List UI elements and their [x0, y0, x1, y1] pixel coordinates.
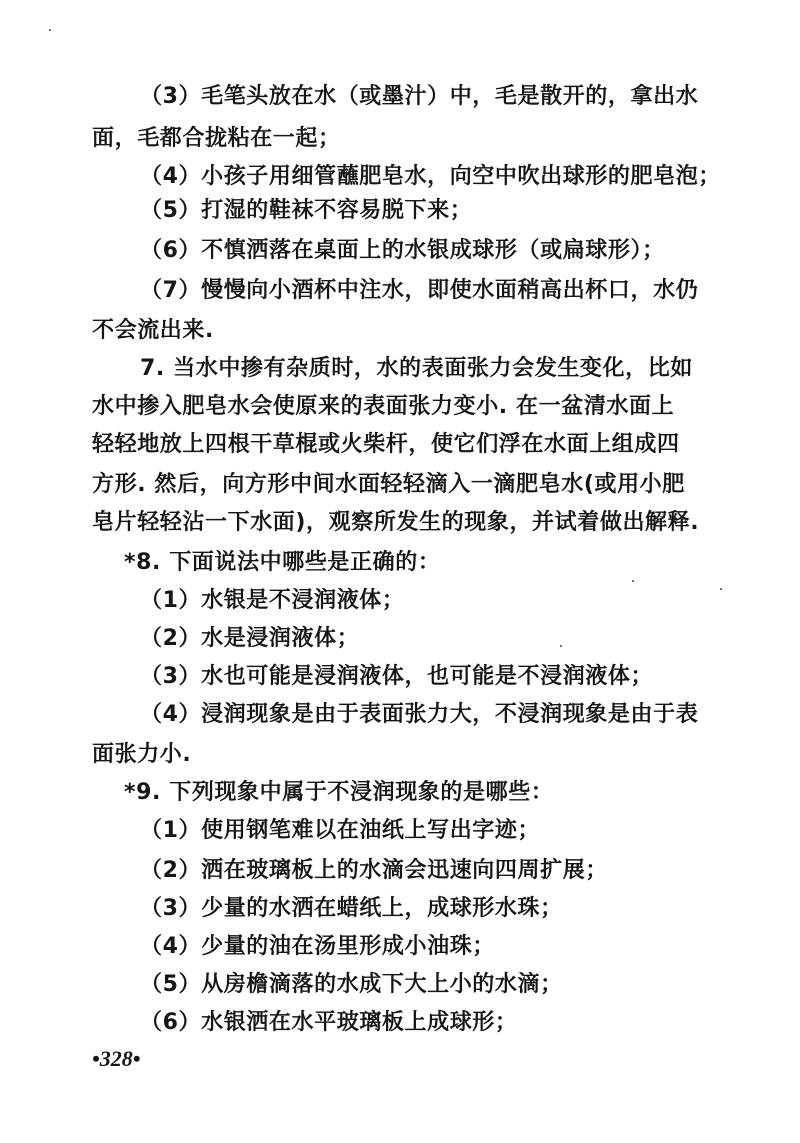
- q8-option-4-line-1: （4）浸润现象是由于表面张力大，不浸润现象是由于表: [140, 700, 698, 730]
- scan-speck: [49, 29, 51, 31]
- q9-option-5: （5）从房檐滴落的水成下大上小的水滴；: [140, 970, 563, 1000]
- item-5: （5）打湿的鞋袜不容易脱下来；: [140, 196, 472, 226]
- question-9-title: *9. 下列现象中属于不浸润现象的是哪些：: [124, 778, 553, 808]
- item-3-line-2: 面，毛都合拢粘在一起；: [92, 124, 341, 154]
- scan-speck: [560, 645, 562, 647]
- page-number: •328•: [92, 1045, 140, 1073]
- question-7-line-4: 方形. 然后，向方形中间水面轻轻滴入一滴肥皂水(或用小肥: [92, 470, 685, 500]
- q9-option-3: （3）少量的水洒在蜡纸上，成球形水珠；: [140, 894, 563, 924]
- q9-option-1: （1）使用钢笔难以在油纸上写出字迹；: [140, 816, 540, 846]
- q8-option-2: （2）水是浸润液体；: [140, 624, 359, 654]
- q9-option-6: （6）水银洒在水平玻璃板上成球形；: [140, 1008, 518, 1038]
- q9-option-4: （4）少量的油在汤里形成小油珠；: [140, 932, 495, 962]
- item-7-line-1: （7）慢慢向小酒杯中注水，即使水面稍高出杯口，水仍: [140, 276, 698, 306]
- question-7-line-2: 水中掺入肥皂水会使原来的表面张力变小. 在一盆清水面上: [92, 392, 674, 422]
- item-4: （4）小孩子用细管蘸肥皂水，向空中吹出球形的肥皂泡；: [140, 162, 721, 192]
- question-7-line-1: 7. 当水中掺有杂质时，水的表面张力会发生变化，比如: [140, 354, 693, 384]
- q8-option-1: （1）水银是不浸润液体；: [140, 586, 405, 616]
- item-6: （6）不慎洒落在桌面上的水银成球形（或扁球形）；: [140, 236, 665, 266]
- question-7-line-3: 轻轻地放上四根干草棍或火柴杆，使它们浮在水面上组成四: [92, 430, 680, 460]
- q9-option-2: （2）洒在玻璃板上的水滴会迅速向四周扩展；: [140, 856, 608, 886]
- question-8-title: *8. 下面说法中哪些是正确的：: [124, 548, 440, 578]
- book-page: （3）毛笔头放在水（或墨汁）中，毛是散开的，拿出水 面，毛都合拢粘在一起； （4…: [0, 0, 800, 1143]
- q8-option-3: （3）水也可能是浸润液体，也可能是不浸润液体；: [140, 662, 653, 692]
- q8-option-4-line-2: 面张力小.: [92, 740, 191, 770]
- question-7-line-5: 皂片轻轻沾一下水面)，观察所发生的现象，并试着做出解释.: [92, 508, 699, 538]
- scan-speck: [632, 580, 634, 582]
- item-3-line-1: （3）毛笔头放在水（或墨汁）中，毛是散开的，拿出水: [140, 82, 698, 112]
- scan-speck: [720, 588, 722, 590]
- item-7-line-2: 不会流出来.: [92, 316, 214, 346]
